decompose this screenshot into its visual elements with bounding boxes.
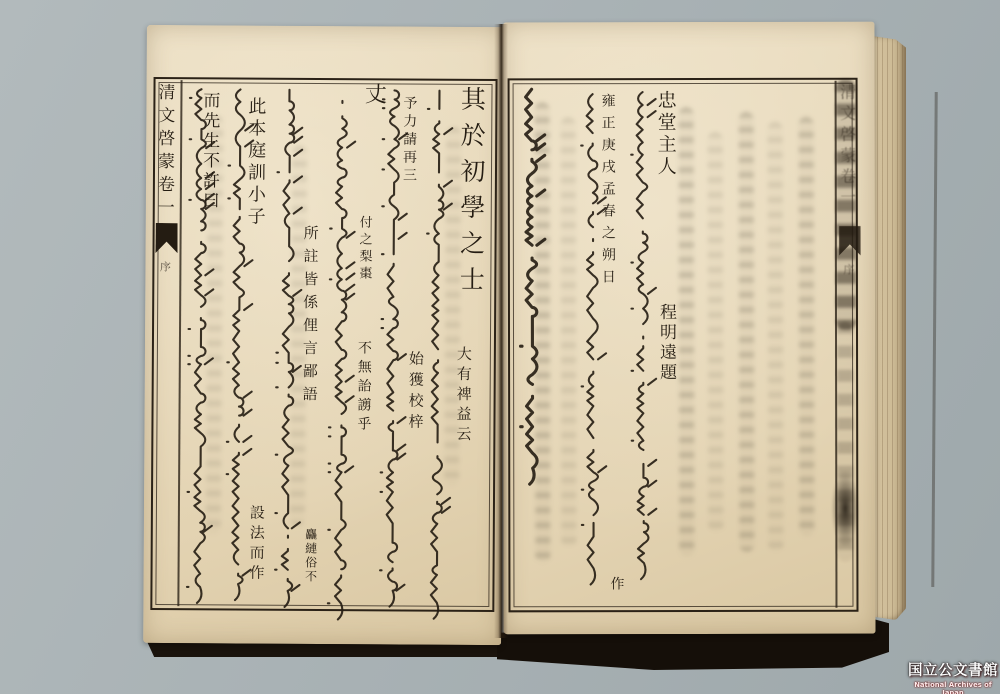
show-through-ghost xyxy=(799,117,815,537)
chinese-text-column: 其於初學之士 xyxy=(458,86,484,302)
show-through-ghost xyxy=(561,117,577,547)
manchu-text-column xyxy=(374,86,411,610)
show-through-ghost xyxy=(708,132,724,532)
show-through-ghost xyxy=(679,107,695,557)
ink-smudge xyxy=(837,322,853,562)
watermark-japanese: 国立公文書館 xyxy=(906,662,1000,681)
left-banxin-page-label: 序 xyxy=(159,261,170,272)
manchu-text-column xyxy=(322,86,359,608)
page-stack-fore-edge xyxy=(872,36,906,620)
photo-stage: 清文啓蒙卷一 序 其於初學之士 大有禆益云 予力請再三 始獲校梓 丈 付之梨棗 … xyxy=(0,0,1000,694)
manchu-text-column xyxy=(576,90,611,569)
chinese-gloss-column: 不無詒謭乎 xyxy=(356,340,371,435)
archives-watermark: 国立公文書館 National Archives of Japan xyxy=(906,662,1000,694)
manchu-text-column xyxy=(419,87,456,611)
book-gutter xyxy=(494,24,508,638)
show-through-ghost xyxy=(768,122,784,552)
watermark-english: National Archives of Japan xyxy=(906,681,1000,694)
chinese-gloss-column: 付之梨棗 xyxy=(357,215,370,283)
chinese-gloss-column: 大有禆益云 xyxy=(455,346,471,446)
manchu-text-column xyxy=(181,85,218,601)
manchu-text-column xyxy=(626,88,661,572)
ink-smudge xyxy=(836,80,856,330)
manchu-text-column xyxy=(515,85,550,481)
chinese-gloss-column: 麤縺俗不 xyxy=(304,528,316,584)
show-through-ghost xyxy=(739,112,755,552)
chinese-gloss-column: 作 xyxy=(609,576,623,590)
left-banxin-title: 清文啓蒙卷一 xyxy=(155,83,173,221)
manchu-text-column xyxy=(220,85,257,605)
mat-edge-line xyxy=(931,92,937,587)
left-page: 清文啓蒙卷一 序 其於初學之士 大有禆益云 予力請再三 始獲校梓 丈 付之梨棗 … xyxy=(143,25,505,645)
manchu-text-column xyxy=(269,86,306,610)
right-page: 清文啓蒙卷一 序 忠堂主人 程明遠題 雍正庚戌孟春之朔日 作 xyxy=(502,22,875,635)
